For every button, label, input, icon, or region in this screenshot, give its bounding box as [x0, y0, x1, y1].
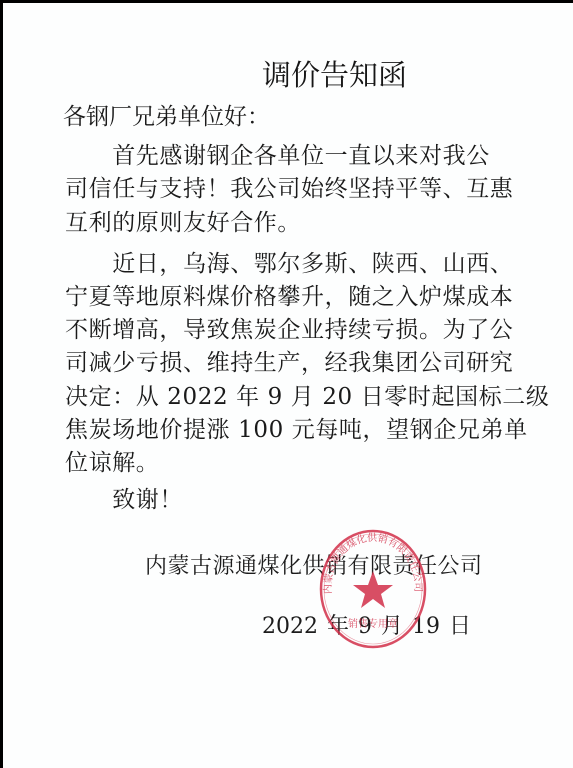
document-title: 调价告知函 — [262, 53, 407, 94]
signature-date: 2022 年 9 月 19 日 — [262, 609, 471, 640]
body-line: 决定：从 2022 年 9 月 20 日零时起国标二级 — [65, 378, 550, 411]
body-line: 互利的原则友好合作。 — [65, 204, 301, 237]
body-line: 不断增高，导致焦炭企业持续亏损。为了公 — [65, 311, 513, 344]
letter-page: 调价告知函 各钢厂兄弟单位好： 首先感谢钢企各单位一直以来对我公 司信任与支持！… — [3, 3, 573, 768]
body-line: 宁夏等地原料煤价格攀升，随之入炉煤成本 — [65, 278, 513, 311]
body-line: 近日，乌海、鄂尔多斯、陕西、山西、 — [65, 245, 513, 278]
body-line: 焦炭场地价提涨 100 元每吨，望钢企兄弟单 — [65, 411, 528, 444]
body-line: 司信任与支持！我公司始终坚持平等、互惠 — [65, 170, 513, 203]
closing-thanks: 致谢！ — [65, 481, 183, 514]
body-line: 首先感谢钢企各单位一直以来对我公 — [65, 137, 490, 170]
greeting-line: 各钢厂兄弟单位好： — [63, 98, 270, 131]
body-line: 位谅解。 — [65, 444, 159, 477]
body-line: 司减少亏损、维持生产，经我集团公司研究 — [65, 344, 513, 377]
signer-company: 内蒙古源通煤化供销有限责任公司 — [145, 549, 483, 580]
